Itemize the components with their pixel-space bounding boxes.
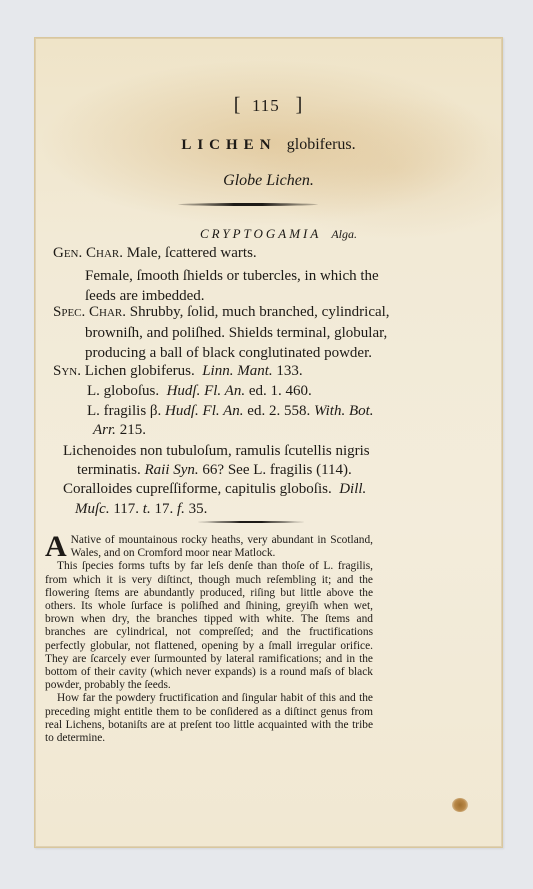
paragraph-2: This ſpecies forms tufts by far leſs den… [45,560,373,692]
order-name: Alga. [331,227,357,241]
page-number: [ 115 ] [35,94,502,117]
synonym-name: Lichen globiferus. [85,363,195,379]
syn-label: Syn. [53,363,81,379]
synonym-page: 133. [276,363,302,379]
synonym-text: terminatis. [77,462,141,478]
synonym-page: ed. 1. 460. [249,383,312,399]
class-name: CRYPTOGAMIA [200,226,321,241]
synonym-ref: Hudſ. Fl. An. [165,403,243,419]
synonym-2: L. globoſus. Hudſ. Fl. An. ed. 1. 460. [87,383,312,400]
classification: CRYPTOGAMIA Alga. [35,226,502,242]
paragraph-1: ANative of mountainous rocky heaths, ver… [45,534,373,560]
divider-top [178,203,318,206]
drop-cap: A [45,536,67,558]
spec-char-label: Spec. Char. [53,304,126,320]
synonym-3: L. fragilis β. Hudſ. Fl. An. ed. 2. 558.… [87,403,374,420]
paragraph-1-text: Native of mountainous rocky heaths, very… [71,534,373,559]
synonym-ref: Dill. [339,481,366,497]
synonym-5-line-2: Muſc. 117. t. 17. f. 35. [75,501,207,518]
paragraph-3: How far the powdery fructification and ſ… [45,692,373,745]
synonym-table-label: t. [143,501,151,517]
synonym-1: Syn. Lichen globiferus. Linn. Mant. 133. [53,363,303,380]
gen-char-label: Gen. Char. [53,245,123,261]
gen-char-text: Male, ſcattered warts. [127,245,257,261]
synonym-5-line-1: Coralloides cupreſſiforme, capitulis glo… [63,481,366,498]
synonym-ref-2: With. Bot. [314,403,374,419]
divider-middle [198,521,304,523]
spec-char-line-1: Spec. Char. Shrubby, ſolid, much branche… [53,304,390,321]
synonym-ref: Raii Syn. [145,462,199,478]
synonym-page-2: 215. [120,422,146,438]
synonym-text: Coralloides cupreſſiforme, capitulis glo… [63,481,332,497]
spec-char-line-3: producing a ball of black conglutinated … [85,345,372,362]
genus-name: LICHEN [181,137,276,153]
synonym-4-line-2: terminatis. Raii Syn. 66? See L. fragili… [77,462,352,479]
synonym-name: L. globoſus. [87,383,159,399]
gen-char-line-3: ſeeds are imbedded. [85,288,205,305]
gen-char-line-1: Gen. Char. Male, ſcattered warts. [53,245,257,262]
synonym-text: 66? See L. fragilis (114). [202,462,351,478]
bracket-open: [ [234,94,242,116]
foxing-stain [452,798,468,812]
spec-char-line-2: browniſh, and poliſhed. Shields terminal… [85,325,387,342]
spec-char-text: Shrubby, ſolid, much branched, cylindric… [130,304,390,320]
synonym-page: 117. [113,501,139,517]
synonym-ref-2: Muſc. [75,501,110,517]
synonym-ref-2-cont: Arr. [93,422,116,438]
synonym-4-line-1: Lichenoides non tubuloſum, ramulis ſcute… [63,443,370,460]
bracket-close: ] [296,94,304,116]
synonym-figure-number: 35. [189,501,208,517]
synonym-page: ed. 2. 558. [247,403,310,419]
synonym-figure-label: f. [177,501,185,517]
synonym-table-number: 17. [154,501,173,517]
antique-book-page: [ 115 ] LICHEN globiferus. Globe Lichen.… [34,37,503,848]
gen-char-line-2: Female, ſmooth ſhields or tubercles, in … [85,268,379,285]
species-title: LICHEN globiferus. [35,134,502,154]
species-name: globiferus. [287,136,356,153]
page-number-value: 115 [252,96,280,115]
synonym-ref: Linn. Mant. [202,363,272,379]
synonym-ref: Hudſ. Fl. An. [167,383,245,399]
common-name: Globe Lichen. [35,172,502,190]
synonym-3-cont: Arr. 215. [93,422,146,439]
synonym-name: L. fragilis β. [87,403,161,419]
description-body: ANative of mountainous rocky heaths, ver… [45,534,373,745]
